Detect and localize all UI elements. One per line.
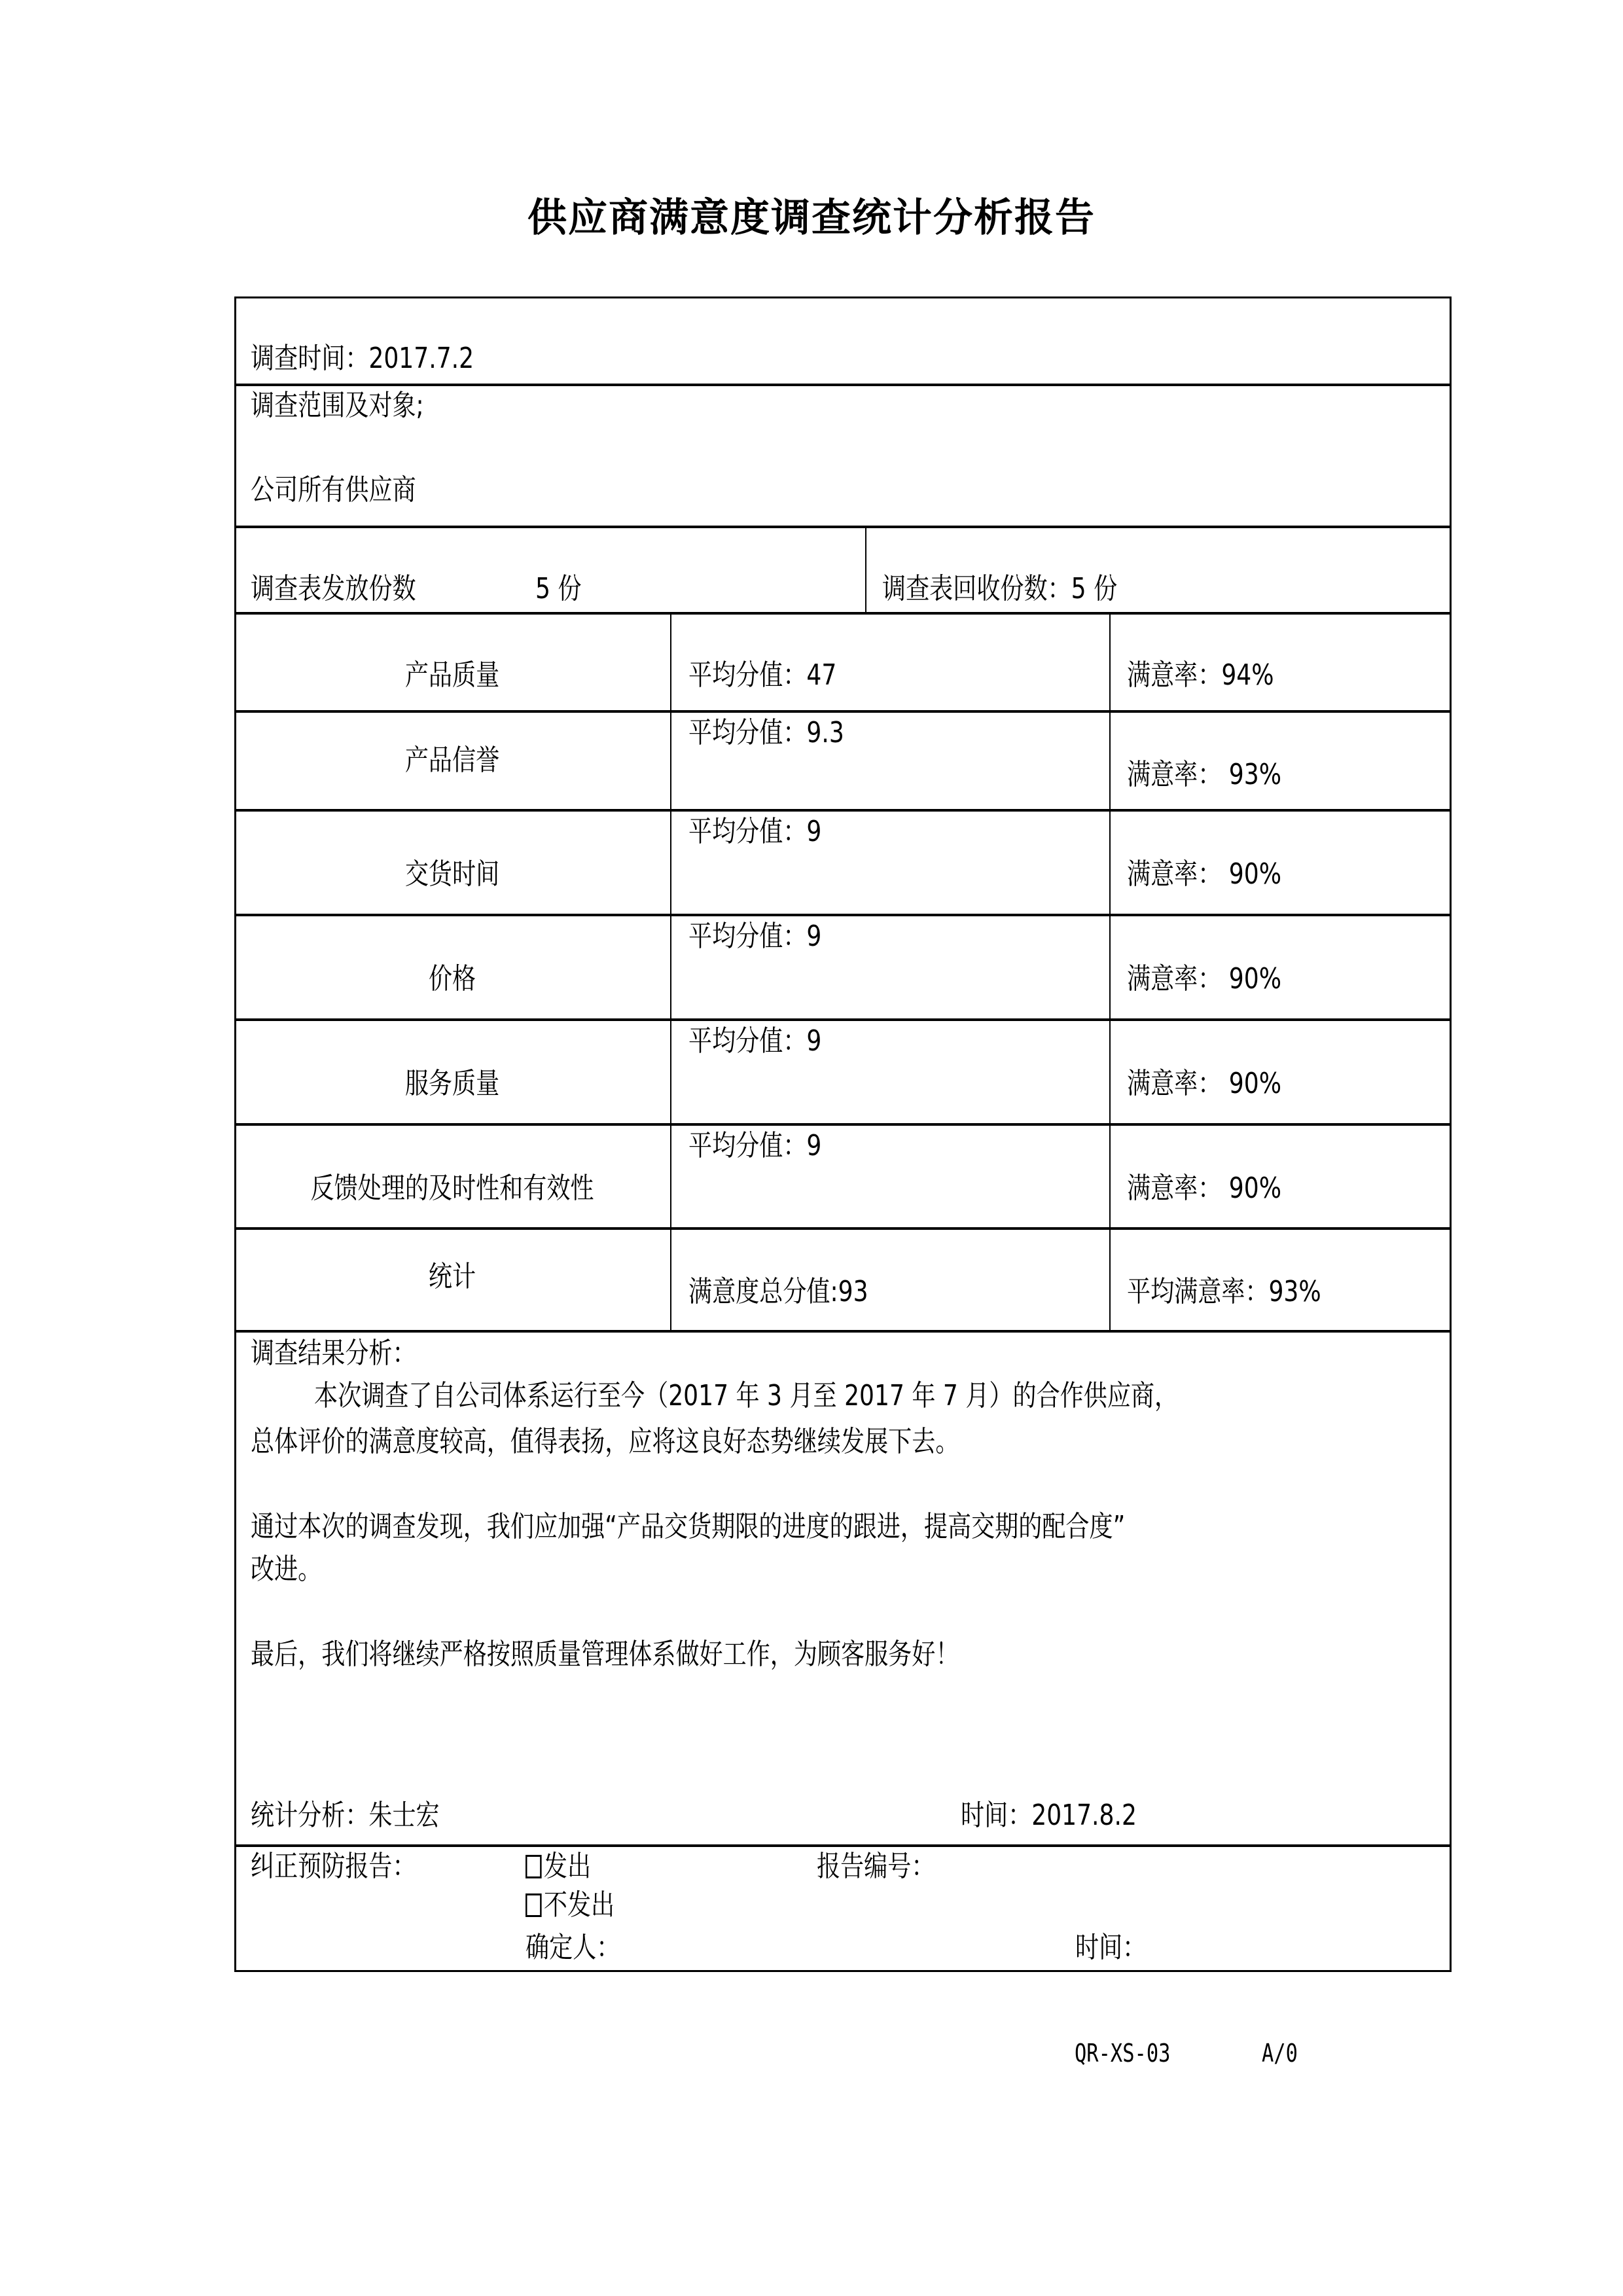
checkbox-issue[interactable] bbox=[526, 1855, 542, 1878]
item-label: 价格 bbox=[274, 962, 631, 996]
survey-time: 调查时间：2017.7.2 bbox=[251, 342, 474, 376]
form-code: QR-XS-03 bbox=[1075, 2039, 1170, 2068]
analysis-paragraph-1: 本次调查了自公司体系运行至今（2017 年 3 月至 2017 年 7 月）的合… bbox=[314, 1371, 1178, 1420]
item-label: 服务质量 bbox=[274, 1067, 631, 1101]
satisfaction-rate: 满意率： 90% bbox=[1127, 1067, 1281, 1101]
summary-label: 统计 bbox=[274, 1260, 631, 1294]
row-divider bbox=[234, 710, 1452, 713]
summary-total: 满意度总分值:93 bbox=[688, 1275, 868, 1309]
analyst: 统计分析：朱士宏 bbox=[251, 1799, 440, 1833]
issued-value: 5 份 bbox=[535, 572, 582, 606]
analysis-paragraph-1-cont: 总体评价的满意度较高，值得表扬，应将这良好态势继续发展下去。 bbox=[251, 1417, 959, 1466]
returned-label: 调查表回收份数：5 份 bbox=[882, 572, 1117, 606]
analysis-date: 时间：2017.8.2 bbox=[961, 1799, 1137, 1833]
survey-scope-value: 公司所有供应商 bbox=[251, 473, 416, 507]
avg-score: 平均分值：9 bbox=[688, 1024, 821, 1058]
avg-score: 平均分值：9.3 bbox=[688, 716, 844, 750]
row-divider bbox=[234, 526, 1452, 528]
option-issue-label: 发出 bbox=[544, 1850, 591, 1883]
survey-scope-label: 调查范围及对象; bbox=[251, 389, 424, 423]
col-divider bbox=[1109, 612, 1111, 1330]
checkbox-not-issue[interactable] bbox=[526, 1893, 542, 1917]
issued-label: 调查表发放份数 bbox=[251, 572, 416, 606]
item-label: 反馈处理的及时性和有效性 bbox=[274, 1172, 631, 1206]
row-divider bbox=[234, 612, 1452, 615]
satisfaction-rate: 满意率： 90% bbox=[1127, 1172, 1281, 1206]
col-divider bbox=[865, 526, 866, 612]
avg-score: 平均分值：9 bbox=[688, 1129, 821, 1163]
row-divider bbox=[234, 1123, 1452, 1126]
row-divider bbox=[234, 384, 1452, 386]
col-divider bbox=[670, 612, 671, 1330]
analysis-paragraph-2: 通过本次的调查发现，我们应加强“产品交货期限的进度的跟进，提高交期的配合度” bbox=[251, 1502, 1125, 1551]
satisfaction-rate: 满意率： 90% bbox=[1127, 962, 1281, 996]
avg-score: 平均分值：9 bbox=[688, 920, 821, 954]
satisfaction-rate: 满意率： 93% bbox=[1127, 758, 1281, 792]
row-divider bbox=[234, 1330, 1452, 1333]
avg-score: 平均分值：9 bbox=[688, 815, 821, 849]
satisfaction-rate: 满意率：94% bbox=[1127, 658, 1274, 692]
row-divider bbox=[234, 1227, 1452, 1230]
avg-score: 平均分值：47 bbox=[688, 658, 836, 692]
option-not-issue[interactable]: 不发出 bbox=[526, 1888, 615, 1922]
option-not-issue-label: 不发出 bbox=[544, 1888, 615, 1922]
satisfaction-rate: 满意率： 90% bbox=[1127, 857, 1281, 891]
item-label: 产品质量 bbox=[274, 658, 631, 692]
confirmer-label: 确定人： bbox=[526, 1931, 620, 1965]
item-label: 交货时间 bbox=[274, 857, 631, 891]
row-divider bbox=[234, 1018, 1452, 1021]
corrective-label: 纠正预防报告： bbox=[251, 1850, 416, 1884]
summary-avg-rate: 平均满意率：93% bbox=[1127, 1275, 1321, 1309]
analysis-paragraph-2-cont: 改进。 bbox=[251, 1545, 321, 1594]
item-label: 产品信誉 bbox=[274, 744, 631, 778]
report-number-label: 报告编号： bbox=[817, 1850, 935, 1884]
option-issue[interactable]: 发出 bbox=[526, 1850, 591, 1884]
row-divider bbox=[234, 1844, 1452, 1847]
row-divider bbox=[234, 914, 1452, 916]
row-divider bbox=[234, 809, 1452, 812]
corrective-time-label: 时间： bbox=[1075, 1931, 1146, 1965]
document-title: 供应商满意度调查统计分析报告 bbox=[0, 187, 1623, 243]
analysis-heading: 调查结果分析： bbox=[251, 1336, 416, 1371]
analysis-paragraph-3: 最后，我们将继续严格按照质量管理体系做好工作，为顾客服务好！ bbox=[251, 1630, 959, 1679]
report-table bbox=[234, 296, 1452, 1972]
revision: A/0 bbox=[1262, 2039, 1298, 2068]
